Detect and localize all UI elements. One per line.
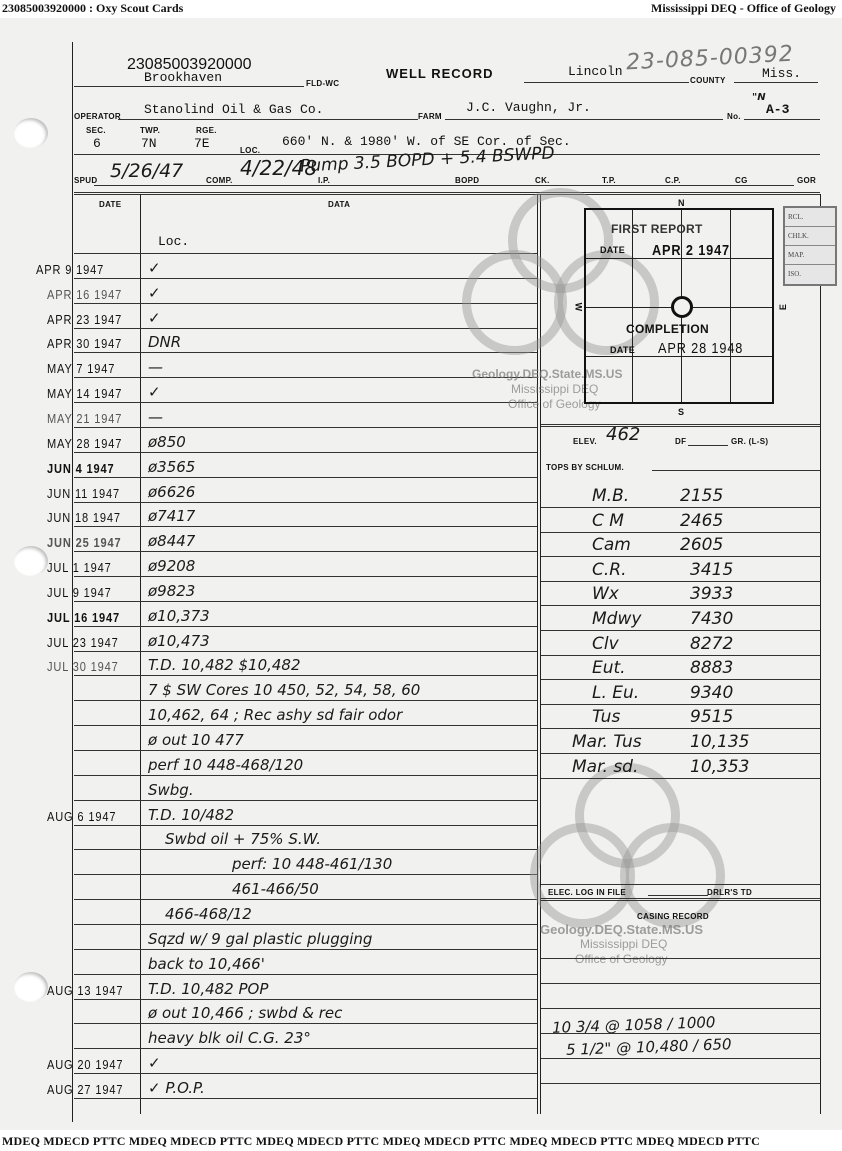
casing-line bbox=[541, 983, 820, 984]
well-record-card: 23085003920000 23-085-00392 WELL RECORD … bbox=[0, 18, 842, 1130]
log-row-rule bbox=[74, 1098, 537, 1099]
log-row-date: APR 9 1947 bbox=[36, 262, 104, 277]
operator-label: OPERATOR bbox=[74, 112, 121, 121]
log-row-data: Swbg. bbox=[148, 781, 194, 799]
formation-depth: 8272 bbox=[690, 634, 733, 654]
formation-depth: 2605 bbox=[680, 535, 723, 555]
stamp-chlk: CHLK. bbox=[785, 227, 835, 246]
elev-label: ELEV. bbox=[573, 437, 597, 446]
formation-name: L. Eu. bbox=[592, 683, 639, 703]
tops-row-rule bbox=[541, 532, 820, 533]
log-row-data: ø7417 bbox=[148, 507, 195, 525]
log-row-rule bbox=[74, 949, 537, 950]
formation-depth: 10,353 bbox=[690, 757, 749, 777]
well-location-icon bbox=[671, 296, 693, 318]
log-row-rule bbox=[74, 1048, 537, 1049]
spud-underline bbox=[94, 185, 794, 186]
punch-hole-icon bbox=[14, 546, 48, 576]
log-row-data: ø6626 bbox=[148, 483, 195, 501]
log-row-date: AUG 20 1947 bbox=[47, 1057, 123, 1072]
log-row-rule bbox=[74, 675, 537, 676]
formation-name: Mar. sd. bbox=[572, 757, 638, 777]
tops-row-rule bbox=[541, 556, 820, 557]
log-row-data: ø out 10,466 ; swbd & rec bbox=[148, 1004, 342, 1022]
plat-south: S bbox=[678, 407, 684, 417]
log-row-data: — bbox=[148, 408, 163, 426]
log-row-rule bbox=[74, 477, 537, 478]
completion-date: APR 28 1948 bbox=[658, 340, 743, 357]
log-row-data: 7 $ SW Cores 10 450, 52, 54, 58, 60 bbox=[148, 681, 420, 699]
tops-row-rule bbox=[541, 679, 820, 680]
card-title: WELL RECORD bbox=[386, 66, 494, 81]
cp-label: C.P. bbox=[665, 176, 681, 185]
rge-value: 7E bbox=[194, 136, 210, 151]
header-divider bbox=[74, 192, 820, 195]
log-row-rule bbox=[74, 402, 537, 403]
tops-bottom-line bbox=[541, 884, 820, 885]
gor-label: GOR bbox=[797, 176, 816, 185]
date-column-header: DATE bbox=[99, 200, 121, 209]
tops-underline bbox=[652, 470, 820, 471]
log-row-data: perf 10 448-468/120 bbox=[148, 756, 303, 774]
first-report-date-label: DATE bbox=[600, 245, 625, 255]
tops-row-rule bbox=[541, 778, 820, 779]
field-label: FLD-WC bbox=[306, 79, 339, 88]
log-row-rule bbox=[74, 725, 537, 726]
log-row-rule bbox=[74, 601, 537, 602]
log-row-rule bbox=[74, 427, 537, 428]
ck-label: CK. bbox=[535, 176, 550, 185]
log-row-data: ø8447 bbox=[148, 532, 195, 550]
log-row-rule bbox=[74, 899, 537, 900]
log-row-rule bbox=[74, 750, 537, 751]
log-row-rule bbox=[74, 800, 537, 801]
watermark-logo-icon bbox=[462, 250, 567, 355]
log-row-date: APR 23 1947 bbox=[47, 312, 122, 327]
drlr-td-label: DRLR'S TD bbox=[707, 888, 752, 897]
log-row-rule bbox=[74, 651, 537, 652]
log-row-data: 466-468/12 bbox=[165, 905, 252, 923]
log-row-data: 461-466/50 bbox=[232, 880, 319, 898]
log-row-date: APR 30 1947 bbox=[47, 336, 122, 351]
casing-line bbox=[541, 1008, 820, 1009]
formation-depth: 10,135 bbox=[690, 732, 749, 752]
log-row-data: ✓ bbox=[148, 1054, 161, 1072]
completion-label: COMPLETION bbox=[626, 322, 709, 336]
log-row-rule bbox=[74, 849, 537, 850]
log-row-rule bbox=[74, 626, 537, 627]
tops-row-rule bbox=[541, 655, 820, 656]
stamp-rcl: RCL. bbox=[785, 208, 835, 227]
card-right-border bbox=[820, 194, 821, 1114]
log-row-data: Loc. bbox=[158, 234, 189, 249]
twp-label: TWP. bbox=[140, 126, 160, 135]
sec-value: 6 bbox=[93, 136, 101, 151]
log-row-rule bbox=[74, 874, 537, 875]
plat-north: N bbox=[678, 198, 685, 208]
ip-label: I.P. bbox=[318, 176, 330, 185]
log-row-data: perf: 10 448-461/130 bbox=[232, 855, 392, 873]
log-row-rule bbox=[74, 352, 537, 353]
first-report-date: APR 2 1947 bbox=[652, 242, 730, 259]
formation-name: Tus bbox=[592, 707, 620, 727]
log-row-data: ø10,373 bbox=[148, 607, 210, 625]
log-row-date: JUL 9 1947 bbox=[47, 585, 112, 600]
farm-value: J.C. Vaughn, Jr. bbox=[466, 100, 591, 115]
log-row-date: AUG 13 1947 bbox=[47, 983, 123, 998]
tops-row-rule bbox=[541, 630, 820, 631]
tops-label: TOPS BY SCHLUM. bbox=[546, 463, 624, 472]
operator-value: Stanolind Oil & Gas Co. bbox=[144, 102, 323, 117]
county-value: Lincoln bbox=[568, 64, 623, 79]
section-plat: FIRST REPORT DATE APR 2 1947 COMPLETION … bbox=[584, 208, 774, 404]
stamp-map: MAP. bbox=[785, 246, 835, 265]
formation-name: Clv bbox=[592, 634, 619, 654]
first-report-label: FIRST REPORT bbox=[611, 222, 703, 236]
log-row-rule bbox=[74, 924, 537, 925]
log-row-data: ✓ bbox=[148, 309, 161, 327]
log-row-rule bbox=[74, 253, 537, 254]
tp-label: T.P. bbox=[602, 176, 616, 185]
field-underline bbox=[74, 86, 304, 87]
completion-date-label: DATE bbox=[610, 345, 635, 355]
log-row-date: AUG 6 1947 bbox=[47, 809, 116, 824]
formation-depth: 8883 bbox=[690, 658, 733, 678]
log-row-date: APR 16 1947 bbox=[47, 287, 122, 302]
stamp-iso: ISO. bbox=[785, 265, 835, 284]
state-value: Miss. bbox=[762, 66, 801, 81]
tops-row-rule bbox=[541, 704, 820, 705]
formation-depth: 9515 bbox=[690, 707, 733, 727]
formation-name: Cam bbox=[592, 535, 631, 555]
log-row-rule bbox=[74, 1023, 537, 1024]
log-row-data: ø9823 bbox=[148, 582, 195, 600]
log-row-date: JUN 18 1947 bbox=[47, 510, 121, 525]
log-row-date: MAY 7 1947 bbox=[47, 361, 115, 376]
viewer-header-bar: 23085003920000 : Oxy Scout Cards Mississ… bbox=[0, 0, 842, 18]
footer-bar: MDEQ MDECD PTTC MDEQ MDECD PTTC MDEQ MDE… bbox=[0, 1132, 842, 1151]
watermark-line2: Mississippi DEQ bbox=[580, 937, 667, 951]
formation-name: Mdwy bbox=[592, 609, 641, 629]
log-row-data: DNR bbox=[148, 333, 181, 351]
spud-label: SPUD bbox=[74, 176, 97, 185]
log-row-rule bbox=[74, 700, 537, 701]
formation-depth: 7430 bbox=[690, 609, 733, 629]
tops-row-rule bbox=[541, 507, 820, 508]
cg-label: CG bbox=[735, 176, 748, 185]
formation-depth: 9340 bbox=[690, 683, 733, 703]
casing-line bbox=[541, 1083, 820, 1084]
well-no-value: A-3 bbox=[766, 102, 789, 117]
log-row-rule bbox=[74, 502, 537, 503]
log-row-date: JUL 1 1947 bbox=[47, 560, 112, 575]
log-row-data: back to 10,466' bbox=[148, 955, 265, 973]
casing-line bbox=[541, 958, 820, 959]
formation-depth: 3415 bbox=[690, 560, 733, 580]
log-row-data: ø3565 bbox=[148, 458, 195, 476]
punch-hole-icon bbox=[14, 972, 48, 1002]
elev-value: 462 bbox=[606, 424, 640, 445]
tops-row-rule bbox=[541, 605, 820, 606]
log-row-rule bbox=[74, 377, 537, 378]
log-row-date: MAY 28 1947 bbox=[47, 436, 122, 451]
field-value: Brookhaven bbox=[144, 70, 222, 85]
operator-underline bbox=[118, 119, 418, 120]
log-row-rule bbox=[74, 825, 537, 826]
tops-row-rule bbox=[541, 753, 820, 754]
log-row-rule bbox=[74, 775, 537, 776]
data-column-header: DATA bbox=[328, 200, 350, 209]
sec-label: SEC. bbox=[86, 126, 106, 135]
formation-depth: 2465 bbox=[680, 511, 723, 531]
formation-name: Wx bbox=[592, 584, 619, 604]
log-row-rule bbox=[74, 1073, 537, 1074]
log-row-date: JUL 16 1947 bbox=[47, 610, 120, 625]
farm-underline bbox=[445, 119, 723, 120]
log-row-date: MAY 14 1947 bbox=[47, 386, 122, 401]
bopd-label: BOPD bbox=[455, 176, 479, 185]
farm-label: FARM bbox=[418, 112, 442, 121]
tops-row-rule bbox=[541, 581, 820, 582]
log-row-data: ✓ bbox=[148, 383, 161, 401]
log-row-date: JUN 11 1947 bbox=[47, 486, 120, 501]
tops-row-rule bbox=[541, 728, 820, 729]
well-no-label: No. bbox=[727, 112, 741, 121]
log-row-data: T.D. 10,482 $10,482 bbox=[148, 656, 301, 674]
log-row-data: 10,462, 64 ; Rec ashy sd fair odor bbox=[148, 706, 402, 724]
log-row-rule bbox=[74, 974, 537, 975]
log-row-data: ✓ P.O.P. bbox=[148, 1079, 205, 1097]
well-no-underline bbox=[744, 119, 820, 120]
well-no-prefix: "N bbox=[752, 92, 766, 103]
log-row-rule bbox=[74, 551, 537, 552]
casing-item-2: 5 1/2" @ 10,480 / 650 bbox=[566, 1035, 732, 1059]
formation-name: Mar. Tus bbox=[572, 732, 642, 752]
log-row-data: — bbox=[148, 358, 163, 376]
formation-name: C M bbox=[592, 511, 624, 531]
watermark-line1: Geology.DEQ.State.MS.US bbox=[540, 922, 703, 937]
log-row-data: ✓ bbox=[148, 284, 161, 302]
log-row-data: Swbd oil + 75% S.W. bbox=[165, 830, 321, 848]
agency-title: Mississippi DEQ - Office of Geology bbox=[651, 0, 836, 17]
log-row-data: T.D. 10/482 bbox=[148, 806, 234, 824]
log-row-data: ø out 10 477 bbox=[148, 731, 244, 749]
plat-divider bbox=[541, 424, 820, 427]
df-underline bbox=[688, 445, 728, 446]
log-row-date: MAY 21 1947 bbox=[47, 411, 122, 426]
log-row-rule bbox=[74, 526, 537, 527]
gr-label: GR. (L-S) bbox=[731, 437, 768, 446]
state-underline bbox=[734, 82, 818, 83]
plat-east: E bbox=[778, 304, 788, 310]
formation-depth: 2155 bbox=[680, 486, 723, 506]
log-row-date: AUG 27 1947 bbox=[47, 1082, 123, 1097]
document-title: 23085003920000 : Oxy Scout Cards bbox=[2, 0, 183, 17]
df-label: DF bbox=[675, 437, 686, 446]
punch-hole-icon bbox=[14, 118, 48, 148]
log-row-date: JUN 25 1947 bbox=[47, 535, 121, 550]
casing-record-label: CASING RECORD bbox=[637, 912, 709, 921]
plat-west: W bbox=[573, 303, 583, 312]
elec-log-label: ELEC. LOG IN FILE bbox=[548, 888, 626, 897]
log-row-data: heavy blk oil C.G. 23° bbox=[148, 1029, 311, 1047]
casing-divider bbox=[541, 898, 820, 901]
log-row-data: T.D. 10,482 POP bbox=[148, 980, 268, 998]
date-column-divider bbox=[140, 194, 141, 1114]
county-underline bbox=[524, 82, 689, 83]
rge-label: RGE. bbox=[196, 126, 217, 135]
formation-name: M.B. bbox=[592, 486, 629, 506]
log-row-rule bbox=[74, 999, 537, 1000]
check-stamp-box: RCL. CHLK. MAP. ISO. bbox=[783, 206, 837, 286]
log-row-data: ø850 bbox=[148, 433, 186, 451]
log-row-rule bbox=[74, 452, 537, 453]
log-row-date: JUL 30 1947 bbox=[47, 659, 119, 674]
log-row-rule bbox=[74, 576, 537, 577]
log-row-date: JUL 23 1947 bbox=[47, 635, 119, 650]
elec-log-underline bbox=[648, 895, 708, 896]
formation-depth: 3933 bbox=[690, 584, 733, 604]
log-row-data: ✓ bbox=[148, 259, 161, 277]
log-row-data: ø9208 bbox=[148, 557, 195, 575]
log-row-data: ø10,473 bbox=[148, 632, 210, 650]
formation-name: C.R. bbox=[592, 560, 627, 580]
spud-value: 5/26/47 bbox=[110, 160, 183, 182]
left-margin-line bbox=[72, 42, 73, 1122]
watermark-line3: Office of Geology bbox=[575, 952, 668, 966]
comp-label: COMP. bbox=[206, 176, 233, 185]
county-label: COUNTY bbox=[690, 76, 726, 85]
log-row-data: Sqzd w/ 9 gal plastic plugging bbox=[148, 930, 372, 948]
log-row-date: JUN 4 1947 bbox=[47, 461, 114, 476]
twp-value: 7N bbox=[141, 136, 157, 151]
formation-name: Eut. bbox=[592, 658, 626, 678]
